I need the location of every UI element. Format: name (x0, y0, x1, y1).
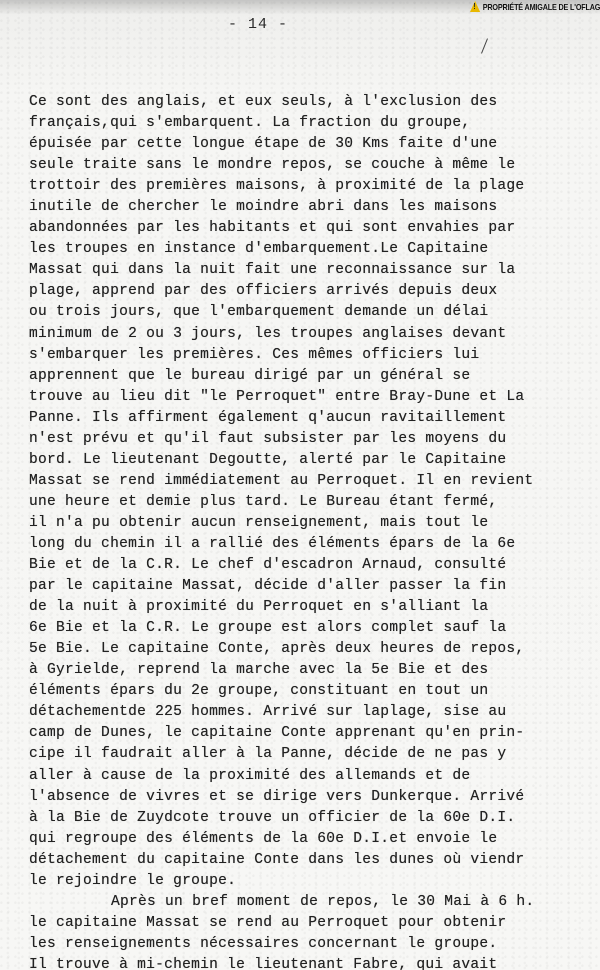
text-line: épuisée par cette longue étape de 30 Kms… (29, 134, 600, 155)
ownership-watermark: PROPRIÉTÉ AMIGALE DE L'OFLAG (470, 1, 600, 12)
text-line: ou trois jours, que l'embarquement deman… (29, 302, 600, 323)
text-line: cipe il faudrait aller à la Panne, décid… (29, 744, 600, 765)
text-line: une heure et demie plus tard. Le Bureau … (29, 492, 600, 513)
text-line: Panne. Ils affirment également q'aucun r… (29, 408, 600, 429)
text-line: long du chemin il a rallié des éléments … (29, 534, 600, 555)
warning-triangle-icon (470, 1, 480, 12)
text-line: abandonnées par les habitants et qui son… (29, 218, 600, 239)
text-line: par le capitaine Massat, décide d'aller … (29, 576, 600, 597)
text-line: de la nuit à proximité du Perroquet en s… (29, 597, 600, 618)
page-number: - 14 - (228, 16, 288, 33)
text-line: 6e Bie et la C.R. Le groupe est alors co… (29, 618, 600, 639)
text-line: détachementde 225 hommes. Arrivé sur lap… (29, 702, 600, 723)
text-line: Ce sont des anglais, et eux seuls, à l'e… (29, 92, 600, 113)
text-line: qui regroupe des éléments de la 60e D.I.… (29, 829, 600, 850)
text-line: Après un bref moment de repos, le 30 Mai… (29, 892, 600, 913)
text-line: éléments épars du 2e groupe, constituant… (29, 681, 600, 702)
text-line: inutile de chercher le moindre abri dans… (29, 197, 600, 218)
text-line: seule traite sans le mondre repos, se co… (29, 155, 600, 176)
text-line: les renseignements nécessaires concernan… (29, 934, 600, 955)
text-line: il n'a pu obtenir aucun renseignement, m… (29, 513, 600, 534)
text-line: trottoir des premières maisons, à proxim… (29, 176, 600, 197)
stray-pen-mark (481, 38, 488, 53)
text-line: détachement du capitaine Conte dans les … (29, 850, 600, 871)
text-line: à la Bie de Zuydcote trouve un officier … (29, 808, 600, 829)
text-line: Massat se rend immédiatement au Perroque… (29, 471, 600, 492)
text-line: plage, apprend par des officiers arrivés… (29, 281, 600, 302)
text-line: s'embarquer les premières. Ces mêmes off… (29, 345, 600, 366)
typewritten-body: Ce sont des anglais, et eux seuls, à l'e… (29, 92, 600, 970)
text-line: l'absence de vivres et se dirige vers Du… (29, 787, 600, 808)
text-line: le rejoindre le groupe. (29, 871, 600, 892)
text-line: minimum de 2 ou 3 jours, les troupes ang… (29, 324, 600, 345)
text-line: Il trouve à mi-chemin le lieutenant Fabr… (29, 955, 600, 970)
text-line: bord. Le lieutenant Degoutte, alerté par… (29, 450, 600, 471)
text-line: apprennent que le bureau dirigé par un g… (29, 366, 600, 387)
watermark-text: PROPRIÉTÉ AMIGALE DE L'OFLAG (482, 2, 600, 12)
scanned-page: PROPRIÉTÉ AMIGALE DE L'OFLAG - 14 - Ce s… (0, 0, 600, 970)
text-line: français,qui s'embarquent. La fraction d… (29, 113, 600, 134)
text-line: trouve au lieu dit "le Perroquet" entre … (29, 387, 600, 408)
text-line: camp de Dunes, le capitaine Conte appren… (29, 723, 600, 744)
text-line: le capitaine Massat se rend au Perroquet… (29, 913, 600, 934)
text-line: les troupes en instance d'embarquement.L… (29, 239, 600, 260)
text-line: Bie et de la C.R. Le chef d'escadron Arn… (29, 555, 600, 576)
text-line: Massat qui dans la nuit fait une reconna… (29, 260, 600, 281)
text-line: n'est prévu et qu'il faut subsister par … (29, 429, 600, 450)
text-line: à Gyrielde, reprend la marche avec la 5e… (29, 660, 600, 681)
text-line: 5e Bie. Le capitaine Conte, après deux h… (29, 639, 600, 660)
text-line: aller à cause de la proximité des allema… (29, 766, 600, 787)
